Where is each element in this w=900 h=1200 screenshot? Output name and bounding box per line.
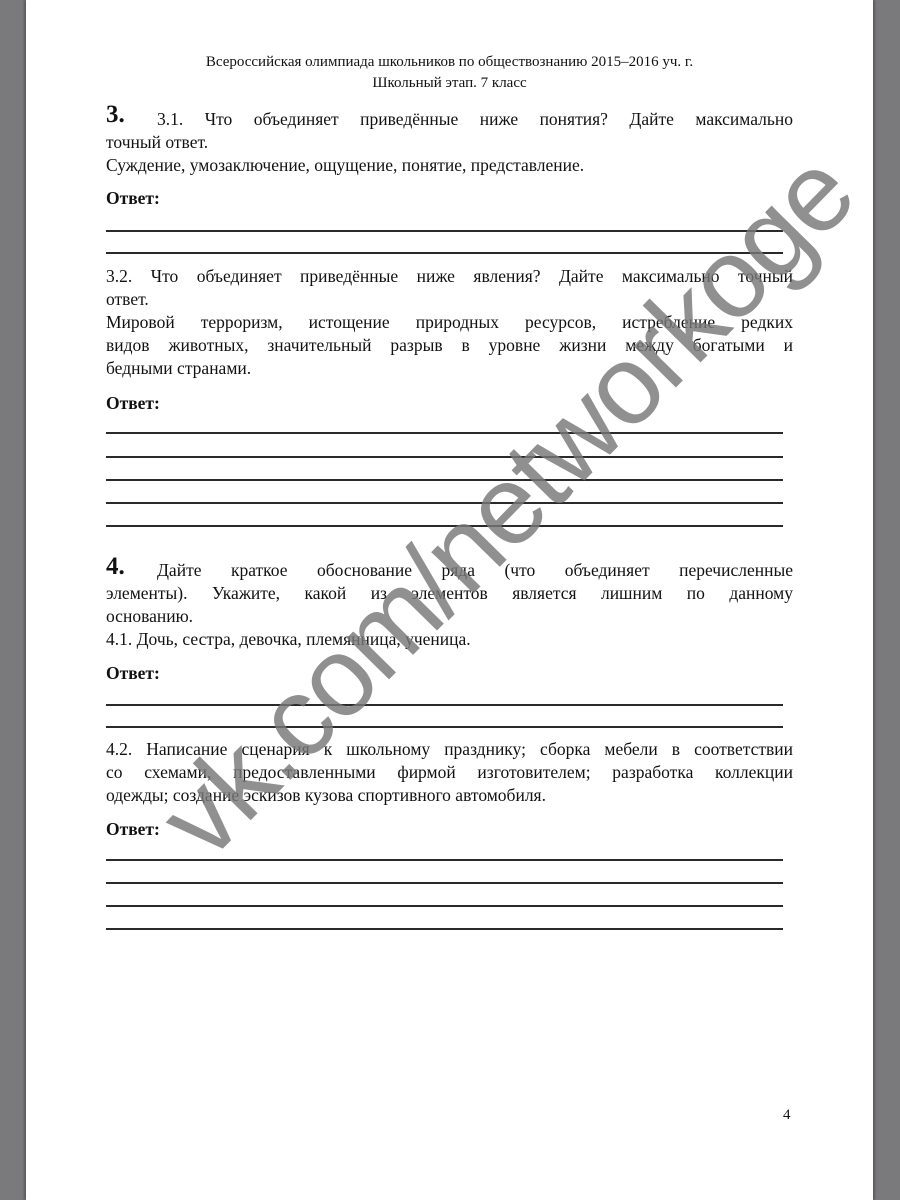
task-3-number: 3. bbox=[106, 101, 125, 129]
header-subtitle: Школьный этап. 7 класс bbox=[26, 73, 873, 93]
task-3-2-question-line2: ответ. bbox=[106, 288, 149, 311]
task-4-intro-line2: элементы). Укажите, какой из элементов я… bbox=[106, 582, 793, 605]
task-3-1-question-line1: 3.1. Что объединяет приведённые ниже пон… bbox=[157, 108, 793, 131]
answer-label-3-1: Ответ: bbox=[106, 187, 160, 209]
task-4-2-items-line3: одежды; создание эскизов кузова спортивн… bbox=[106, 784, 546, 807]
answer-line[interactable] bbox=[106, 479, 783, 481]
task-4-intro-line3: основанию. bbox=[106, 605, 193, 628]
answer-label-4-2: Ответ: bbox=[106, 818, 160, 840]
task-4-2-items-line1: 4.2. Написание сценария к школьному праз… bbox=[106, 738, 793, 761]
answer-line[interactable] bbox=[106, 905, 783, 907]
task-4-1-items: 4.1. Дочь, сестра, девочка, племянница, … bbox=[106, 628, 471, 651]
task-4-intro-line1: Дайте краткое обоснование ряда (что объе… bbox=[157, 559, 793, 582]
answer-line[interactable] bbox=[106, 456, 783, 458]
answer-line[interactable] bbox=[106, 432, 783, 434]
answer-line[interactable] bbox=[106, 252, 783, 254]
answer-line[interactable] bbox=[106, 859, 783, 861]
answer-label-4-1: Ответ: bbox=[106, 662, 160, 684]
task-3-2-items-line1: Мировой терроризм, истощение природных р… bbox=[106, 311, 793, 334]
header-title: Всероссийская олимпиада школьников по об… bbox=[26, 52, 873, 72]
answer-line[interactable] bbox=[106, 525, 783, 527]
task-3-2-items-line2: видов животных, значительный разрыв в ур… bbox=[106, 334, 793, 357]
task-3-1-items: Суждение, умозаключение, ощущение, понят… bbox=[106, 154, 584, 177]
answer-line[interactable] bbox=[106, 882, 783, 884]
page-number: 4 bbox=[783, 1107, 791, 1124]
answer-line[interactable] bbox=[106, 502, 783, 504]
task-4-number: 4. bbox=[106, 553, 125, 581]
task-3-2-items-line3: бедными странами. bbox=[106, 357, 251, 380]
task-4-2-items-line2: со схемами, предоставленными фирмой изго… bbox=[106, 761, 793, 784]
answer-line[interactable] bbox=[106, 704, 783, 706]
answer-line[interactable] bbox=[106, 230, 783, 232]
document-page: Всероссийская олимпиада школьников по об… bbox=[26, 0, 873, 1200]
answer-line[interactable] bbox=[106, 726, 783, 728]
task-3-2-question-line1: 3.2. Что объединяет приведённые ниже явл… bbox=[106, 265, 793, 288]
answer-label-3-2: Ответ: bbox=[106, 392, 160, 414]
answer-line[interactable] bbox=[106, 928, 783, 930]
task-3-1-question-line2: точный ответ. bbox=[106, 131, 208, 154]
